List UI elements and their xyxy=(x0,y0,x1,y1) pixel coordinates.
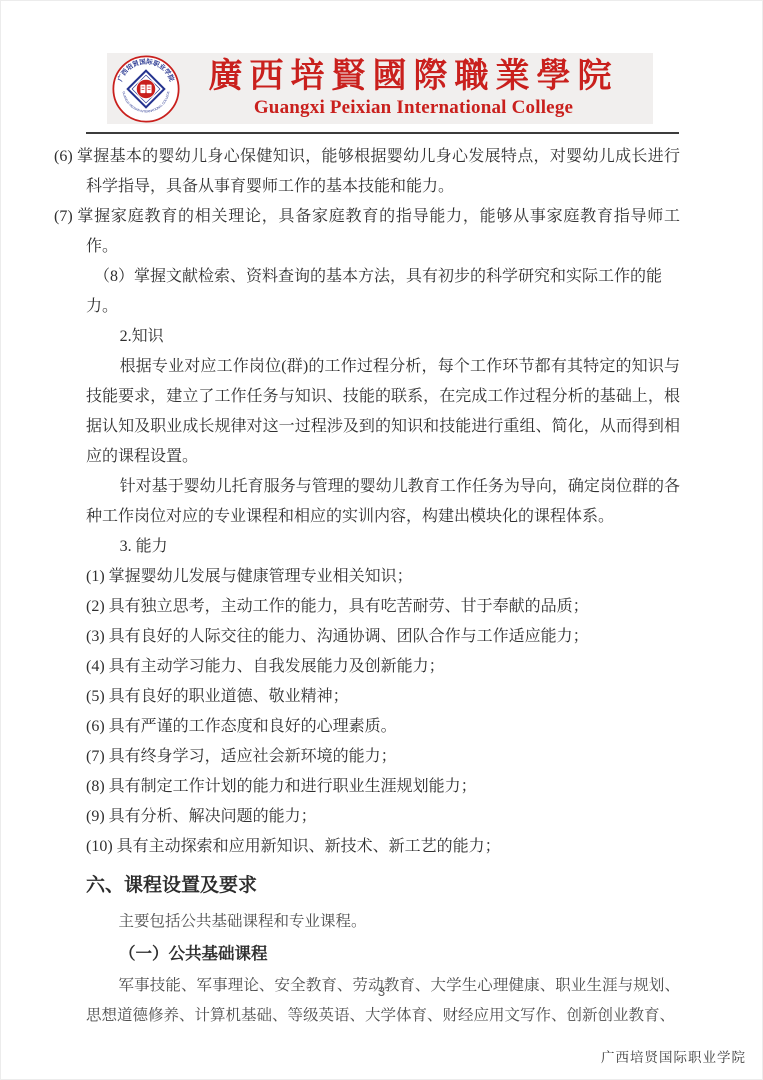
subsection-ability: 3. 能力 xyxy=(86,532,680,562)
ability-item-8: （8）掌握文献检索、资料查询的基本方法，具有初步的科学研究和实际工作的能力。 xyxy=(86,262,680,322)
document-body: (6) 掌握基本的婴幼儿身心保健知识，能够根据婴幼儿身心发展特点，对婴幼儿成长进… xyxy=(86,142,680,1031)
list-item-3: (3) 具有良好的人际交往的能力、沟通协调、团队合作与工作适应能力； xyxy=(86,622,680,652)
document-page: 广西培贤国际职业学院 GUANGXI PEIXIAN INTERNATIONAL… xyxy=(0,0,763,1080)
ability-item-6: (6) 掌握基本的婴幼儿身心保健知识，能够根据婴幼儿身心发展特点，对婴幼儿成长进… xyxy=(86,142,680,202)
seal-center-circle xyxy=(136,79,155,98)
subsection-knowledge: 2.知识 xyxy=(86,322,680,352)
section-heading-courses: 六、课程设置及要求 xyxy=(86,872,680,899)
public-courses-list: 军事技能、军事理论、安全教育、劳动教育、大学生心理健康、职业生涯与规划、思想道德… xyxy=(86,971,680,1031)
list-item-7: (7) 具有终身学习，适应社会新环境的能力； xyxy=(86,742,680,772)
college-titles: 廣西培賢國際職業學院 Guangxi Peixian International… xyxy=(180,58,653,120)
list-item-1: (1) 掌握婴幼儿发展与健康管理专业相关知识； xyxy=(86,562,680,592)
letterhead-divider xyxy=(86,132,679,134)
college-name-en: Guangxi Peixian International College xyxy=(180,96,647,120)
knowledge-paragraph-2: 针对基于婴幼儿托育服务与管理的婴幼儿教育工作任务为导向，确定岗位群的各种工作岗位… xyxy=(86,472,680,532)
ability-item-7: (7) 掌握家庭教育的相关理论，具备家庭教育的指导能力，能够从事家庭教育指导师工… xyxy=(86,202,680,262)
list-item-9: (9) 具有分析、解决问题的能力； xyxy=(86,802,680,832)
list-item-8: (8) 具有制定工作计划的能力和进行职业生涯规划能力； xyxy=(86,772,680,802)
book-right-page-icon xyxy=(147,84,152,93)
footer-school-name: 广西培贤国际职业学院 xyxy=(601,1046,746,1066)
courses-intro: 主要包括公共基础课程和专业课程。 xyxy=(86,907,680,937)
college-seal-icon: 广西培贤国际职业学院 GUANGXI PEIXIAN INTERNATIONAL… xyxy=(112,55,180,123)
subsection-heading-public-courses: （一）公共基础课程 xyxy=(86,939,680,969)
page-number: 3 xyxy=(1,984,762,999)
book-left-page-icon xyxy=(140,84,145,93)
knowledge-paragraph-1: 根据专业对应工作岗位(群)的工作过程分析，每个工作环节都有其特定的知识与技能要求… xyxy=(86,352,680,472)
list-item-4: (4) 具有主动学习能力、自我发展能力及创新能力； xyxy=(86,652,680,682)
college-name-zh: 廣西培賢國際職業學院 xyxy=(180,58,647,96)
list-item-6: (6) 具有严谨的工作态度和良好的心理素质。 xyxy=(86,712,680,742)
list-item-2: (2) 具有独立思考，主动工作的能力，具有吃苦耐劳、甘于奉献的品质； xyxy=(86,592,680,622)
list-item-10: (10) 具有主动探索和应用新知识、新技术、新工艺的能力； xyxy=(86,832,680,862)
college-letterhead: 广西培贤国际职业学院 GUANGXI PEIXIAN INTERNATIONAL… xyxy=(107,53,653,124)
list-item-5: (5) 具有良好的职业道德、敬业精神； xyxy=(86,682,680,712)
